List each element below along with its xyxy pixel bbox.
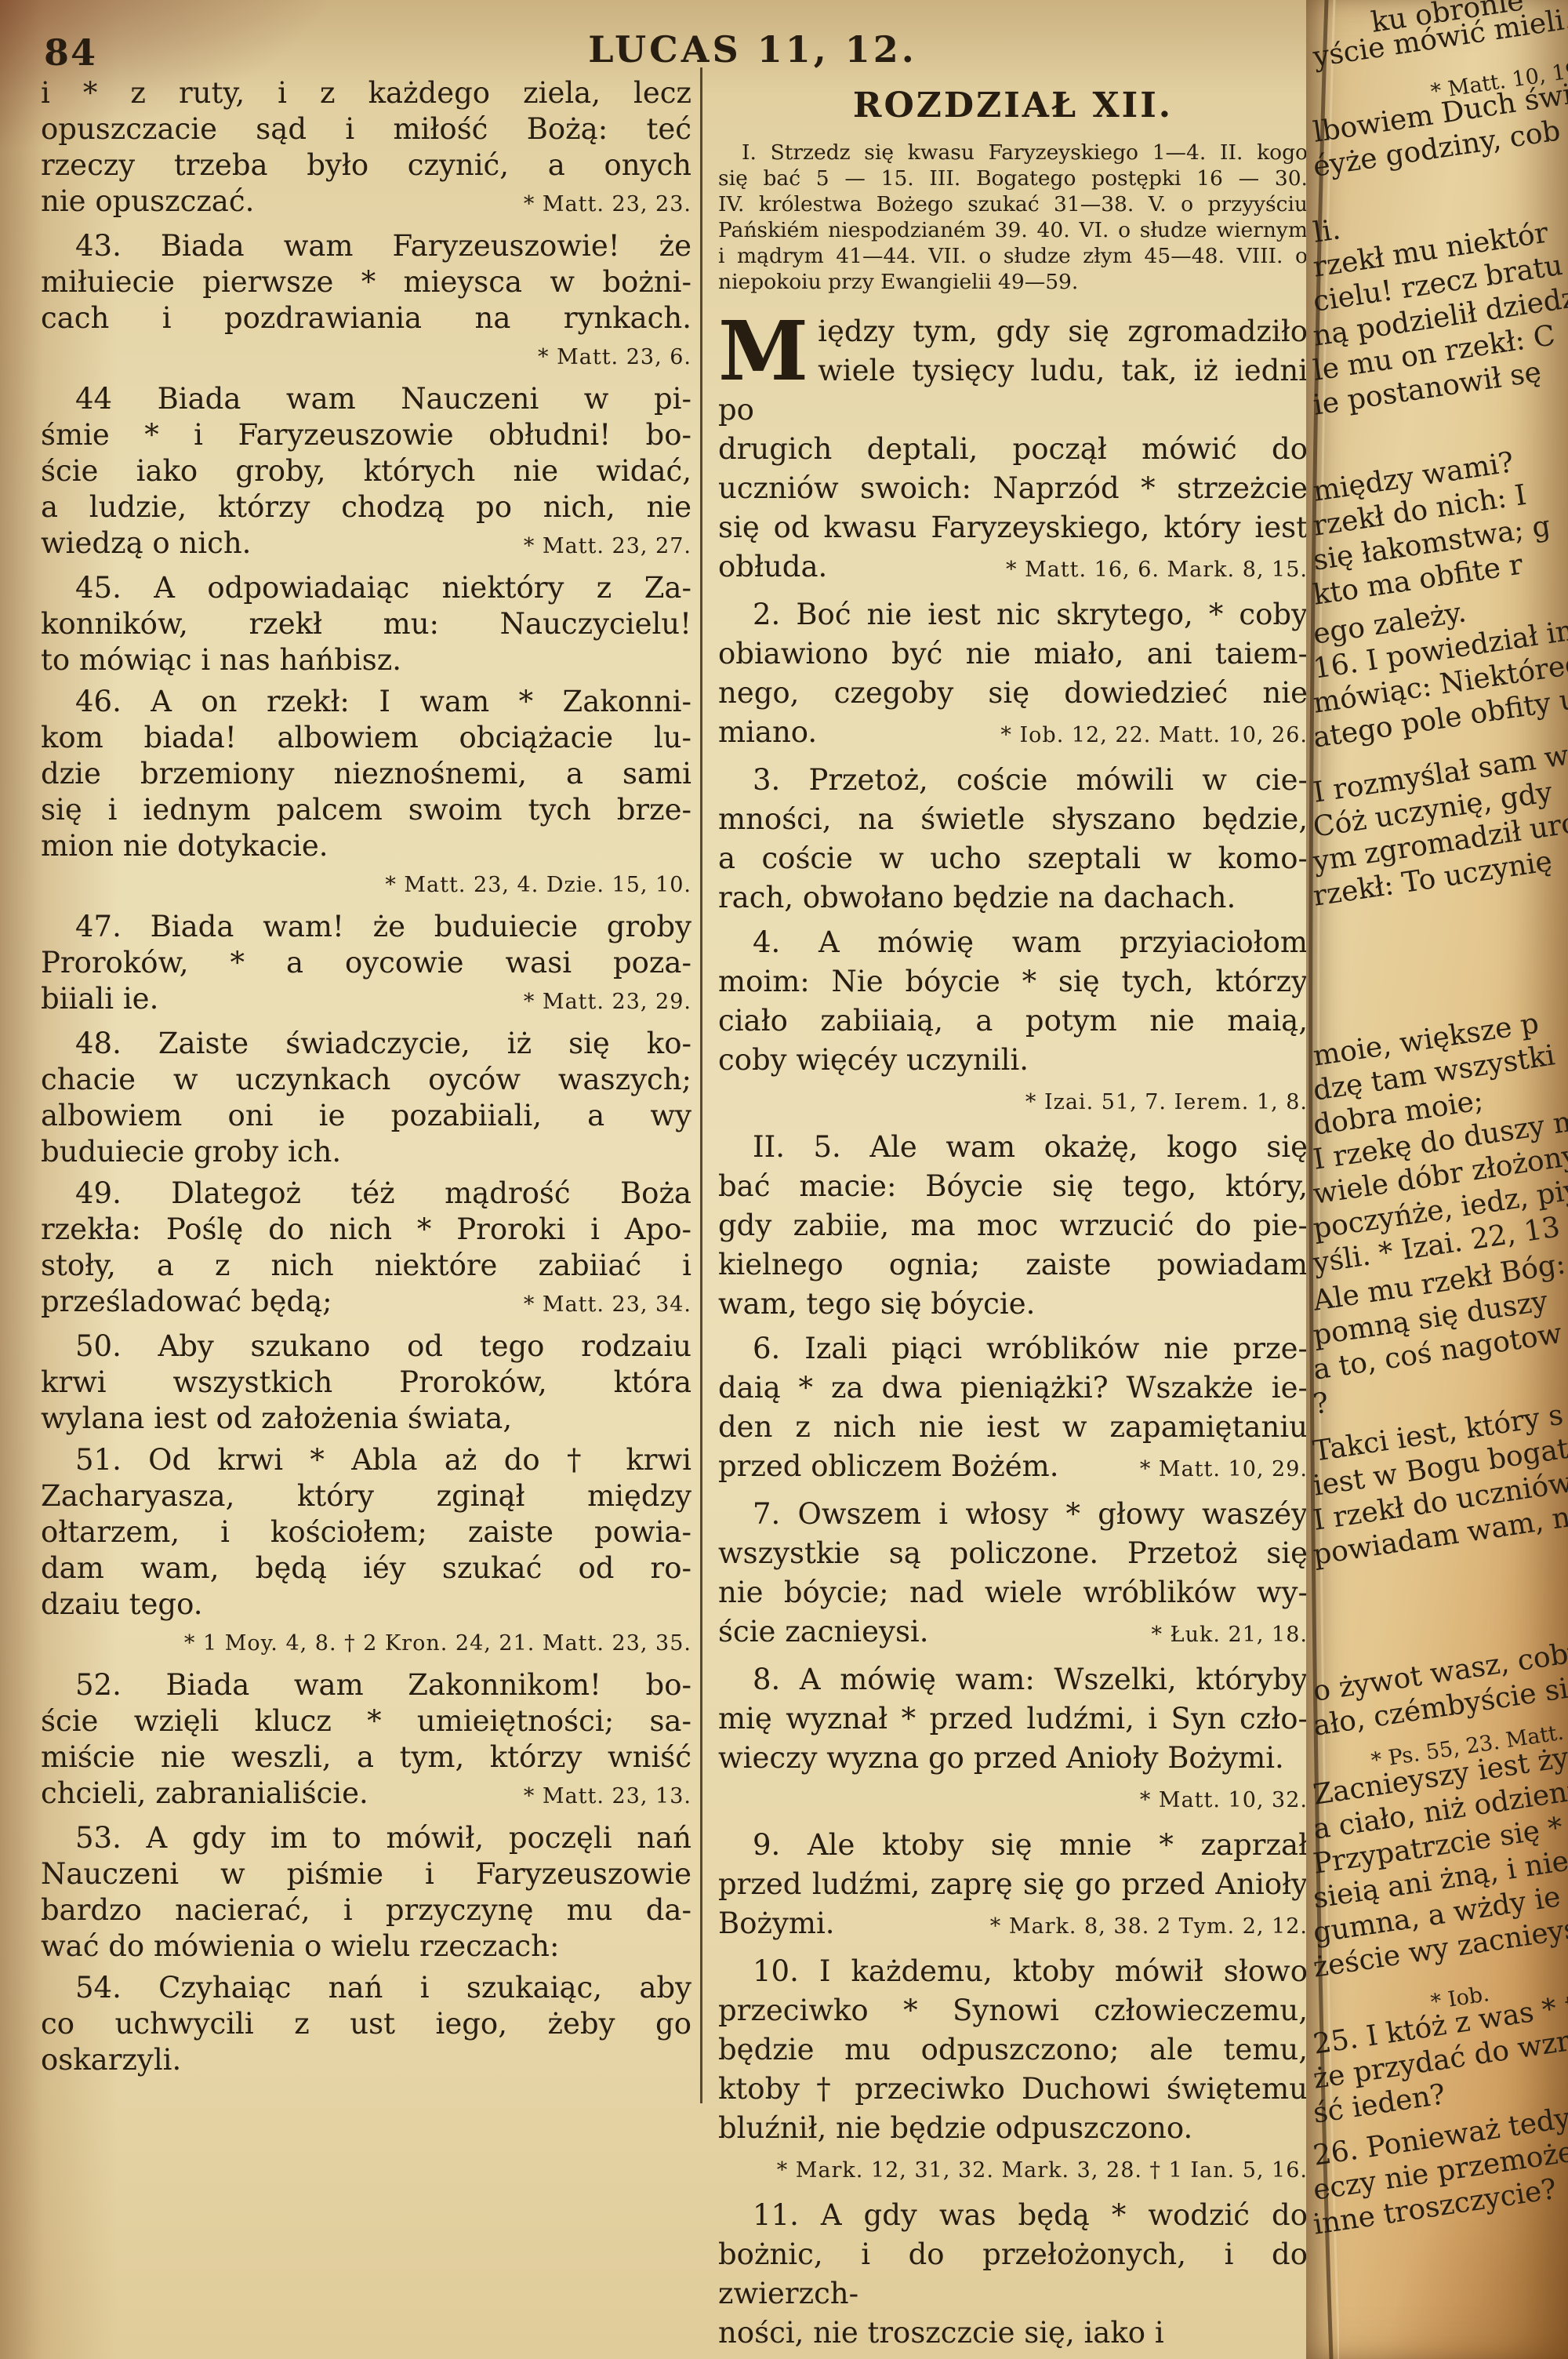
verse-line-text: bluźnił, nie będzie odpuszczono. <box>718 2109 1192 2148</box>
verse-line-text: rach, obwołano będzie na dachach. <box>718 878 1236 918</box>
verse-line: nie bóycie; nad wiele wróblików wy- <box>718 1573 1308 1612</box>
verse-line: biiali ie.* Matt. 23, 29. <box>41 981 691 1020</box>
verse-line-text: mion nie dotykacie. <box>41 828 328 864</box>
cross-reference-line: * 1 Moy. 4, 8. † 2 Kron. 24, 21. Matt. 2… <box>41 1623 691 1662</box>
verse-line: 54. Czyhaiąc nań i szukaiąc, aby <box>41 1970 691 2006</box>
verse-line: miłuiecie pierwsze * mieysca w bożni- <box>41 264 691 300</box>
verse-line-text: chcieli, zabranialiście. <box>41 1776 368 1812</box>
verse-line: ołtarzem, i kościołem; zaiste powia- <box>41 1514 691 1550</box>
summary-line: I. Strzedz się kwasu Faryzeyskiego 1—4. … <box>718 140 1308 165</box>
verse-line: 45. A odpowiadaiąc niektóry z Za- <box>41 570 691 606</box>
verse-line: cach i pozdrawiania na rynkach. <box>41 300 691 336</box>
verse-line: mności, na świetle słyszano będzie, <box>718 800 1308 839</box>
verse-line: krwi wszystkich Proroków, która <box>41 1365 691 1401</box>
verse-line: chcieli, zabranialiście.* Matt. 23, 13. <box>41 1776 691 1815</box>
verse-line: Zacharyasza, który zginął między <box>41 1478 691 1514</box>
left-column: i * z ruty, i z każdego ziela, leczopusz… <box>41 75 691 2084</box>
dropcap-initial: M <box>718 315 808 387</box>
verse-line: wiedzą o nich.* Matt. 23, 27. <box>41 525 691 565</box>
cross-reference: * Łuk. 21, 18. <box>1151 1616 1308 1655</box>
verse-line: wać do mówienia o wielu rzeczach: <box>41 1928 691 1965</box>
verse-line: chacie w uczynkach oyców waszych; <box>41 1062 691 1098</box>
verse-line: Bożymi.* Mark. 8, 38. 2 Tym. 2, 12. <box>718 1904 1308 1946</box>
verse-line: bluźnił, nie będzie odpuszczono. <box>718 2109 1308 2148</box>
adjacent-page-text: ku obronieyście mówić mieli.* Matt. 10, … <box>1314 6 1568 2243</box>
verse-line: 43. Biada wam Faryzeuszowie! że <box>41 228 691 264</box>
verse-line: 9. Ale ktoby się mnie * zaprzał <box>718 1826 1308 1865</box>
verse-line: 44 Biada wam Nauczeni w pi- <box>41 381 691 417</box>
verse-line: dzie brzemiony nieznośnemi, a sami <box>41 756 691 792</box>
verse-line: wylana iest od założenia świata, <box>41 1401 691 1437</box>
verse-line: obiawiono być nie miało, ani taiem- <box>718 634 1308 674</box>
verse-line-text: coby więcéy uczynili. <box>718 1041 1029 1080</box>
verse-line: prześladować będą;* Matt. 23, 34. <box>41 1284 691 1323</box>
cross-reference-line: * Matt. 23, 6. <box>41 336 691 376</box>
verse-line: wieczy wyzna go przed Anioły Bożymi. <box>718 1739 1308 1778</box>
verse-paragraph: 50. Aby szukano od tego rodzaiukrwi wszy… <box>41 1329 691 1437</box>
verse-line: ście iako groby, których nie widać, <box>41 453 691 489</box>
cross-reference-line: * Matt. 10, 32. <box>718 1778 1308 1820</box>
verse-line: 4. A mówię wam przyiaciołom <box>718 923 1308 962</box>
verse-paragraph: 48. Zaiste świadczycie, iż się ko-chacie… <box>41 1026 691 1170</box>
verse-line: ciało zabiiaią, a potym nie maią, <box>718 1001 1308 1041</box>
verse-line: dzaiu tego. <box>41 1587 691 1623</box>
summary-line: i mądrym 41—44. VII. o słudze złym 45—48… <box>718 243 1308 269</box>
verse-line: obłuda.* Matt. 16, 6. Mark. 8, 15. <box>718 547 1308 590</box>
verse-line: drugich deptali, począł mówić do <box>718 430 1308 469</box>
verse-paragraph: 9. Ale ktoby się mnie * zaprzałprzed lud… <box>718 1826 1308 1946</box>
verse-line: den z nich nie iest w zapamiętaniu <box>718 1408 1308 1447</box>
verse-line: 51. Od krwi * Abla aż do † krwi <box>41 1442 691 1478</box>
verse-line: ście wzięli klucz * umieiętności; sa- <box>41 1703 691 1739</box>
verse-line-text: nie opuszczać. <box>41 184 254 220</box>
verse-line: 48. Zaiste świadczycie, iż się ko- <box>41 1026 691 1062</box>
verse-line-text: prześladować będą; <box>41 1284 332 1320</box>
verse-line: Proroków, * a oycowie wasi poza- <box>41 945 691 981</box>
cross-reference: * Izai. 51, 7. Ierem. 1, 8. <box>1025 1090 1308 1114</box>
verse-line: i * z ruty, i z każdego ziela, lecz <box>41 75 691 111</box>
verse-line: rzekła: Poślę do nich * Proroki i Apo- <box>41 1212 691 1248</box>
verse-line: ktoby † przeciwko Duchowi świętemu <box>718 2070 1308 2109</box>
cross-reference: * Iob. 12, 22. Matt. 10, 26. <box>1000 716 1308 755</box>
column-rule <box>700 67 702 2103</box>
verse-line: kom biada! albowiem obciążacie lu- <box>41 720 691 756</box>
verse-line: coby więcéy uczynili. <box>718 1041 1308 1080</box>
verse-paragraph: 54. Czyhaiąc nań i szukaiąc, abyco uchwy… <box>41 1970 691 2078</box>
chapter-summary: I. Strzedz się kwasu Faryzeyskiego 1—4. … <box>718 140 1308 295</box>
verse-paragraph: 6. Izali piąci wróblików nie prze-daią *… <box>718 1329 1308 1489</box>
verse-line: to mówiąc i nas hańbisz. <box>41 642 691 678</box>
verse-line: przed obliczem Bożém.* Matt. 10, 29. <box>718 1447 1308 1489</box>
verse-line: bardzo nacierać, i przyczynę mu da- <box>41 1892 691 1928</box>
verse-line-text: wam, tego się bóycie. <box>718 1285 1035 1324</box>
verse-line: 49. Dlategoż téż mądrość Boża <box>41 1176 691 1212</box>
summary-line: IV. królestwa Bożego szukać 31—38. V. o … <box>718 191 1308 217</box>
adjacent-page-edge: ku obronieyście mówić mieli.* Matt. 10, … <box>1306 0 1568 2359</box>
cross-reference: * Matt. 23, 34. <box>524 1287 691 1323</box>
verse-line: się od kwasu Faryzeyskiego, który iest <box>718 508 1308 547</box>
verse-line: mię wyznał * przed ludźmi, i Syn czło- <box>718 1699 1308 1739</box>
verse-paragraph: 51. Od krwi * Abla aż do † krwiZacharyas… <box>41 1442 691 1662</box>
verse-line: 11. A gdy was będą * wodzić do <box>718 2196 1308 2235</box>
verse-line: konników, rzekł mu: Nauczycielu! <box>41 606 691 642</box>
verse-paragraph: 45. A odpowiadaiąc niektóry z Za-konnikó… <box>41 570 691 678</box>
verse-paragraph: 52. Biada wam Zakonnikom! bo-ście wzięli… <box>41 1667 691 1815</box>
verse-line: daią * za dwa pieniążki? Wszakże ie- <box>718 1369 1308 1408</box>
cross-reference: * Matt. 23, 27. <box>524 529 691 565</box>
cross-reference-line: * Izai. 51, 7. Ierem. 1, 8. <box>718 1080 1308 1122</box>
verse-line: II. 5. Ale wam okażę, kogo się <box>718 1128 1308 1167</box>
verse-line: 7. Owszem i włosy * głowy waszéy <box>718 1495 1308 1534</box>
cross-reference: * Matt. 23, 29. <box>524 984 691 1020</box>
verse-line: bać macie: Bóycie się tego, który, <box>718 1167 1308 1206</box>
verse-paragraph: II. 5. Ale wam okażę, kogo siębać macie:… <box>718 1128 1308 1324</box>
verse-paragraph: 47. Biada wam! że buduiecie grobyProrokó… <box>41 909 691 1020</box>
verse-line-text: miano. <box>718 713 817 752</box>
verse-line-text: buduiecie groby ich. <box>41 1134 341 1170</box>
verse-line: nego, czegoby się dowiedzieć nie <box>718 674 1308 713</box>
cross-reference-line: * Mark. 12, 31, 32. Mark. 3, 28. † 1 Ian… <box>718 2148 1308 2190</box>
verse-paragraph: 3. Przetoż, coście mówili w cie-mności, … <box>718 761 1308 918</box>
verse-line: 2. Boć nie iest nic skrytego, * coby <box>718 595 1308 634</box>
cross-reference: * Matt. 16, 6. Mark. 8, 15. <box>1006 551 1308 590</box>
verse-line: ności, nie troszczcie się, iako i <box>718 2314 1308 2353</box>
verse-line: 53. A gdy im to mówił, poczęli nań <box>41 1820 691 1856</box>
verse-line: 3. Przetoż, coście mówili w cie- <box>718 761 1308 800</box>
verse-line: 47. Biada wam! że buduiecie groby <box>41 909 691 945</box>
page-number: 84 <box>44 31 97 74</box>
verse-line: a ludzie, którzy chodzą po nich, nie <box>41 489 691 525</box>
verse-line: Nauczeni w piśmie i Faryzeuszowie <box>41 1856 691 1892</box>
verse-line: będzie mu odpuszczono; ale temu, <box>718 2030 1308 2070</box>
cross-reference: * Mark. 12, 31, 32. Mark. 3, 28. † 1 Ian… <box>777 2158 1308 2183</box>
verse-line: śmie * i Faryzeuszowie obłudni! bo- <box>41 417 691 453</box>
middle-column: ROZDZIAŁ XII. I. Strzedz się kwasu Faryz… <box>718 82 1308 2358</box>
cross-reference: * Matt. 23, 4. Dzie. 15, 10. <box>385 873 691 897</box>
cross-reference: * Matt. 10, 29. <box>1140 1450 1308 1489</box>
verse-line-text: przed obliczem Bożém. <box>718 1447 1059 1486</box>
verse-line: uczniów swoich: Naprzód * strzeżcie <box>718 469 1308 508</box>
cross-reference: * Matt. 10, 32. <box>1140 1788 1308 1812</box>
verse-line: 10. I każdemu, ktoby mówił słowo <box>718 1952 1308 1991</box>
verse-paragraph: 10. I każdemu, ktoby mówił słowoprzeciwk… <box>718 1952 1308 2190</box>
cross-reference: * Matt. 23, 13. <box>524 1779 691 1815</box>
verse-paragraph: 49. Dlategoż téż mądrość Bożarzekła: Poś… <box>41 1176 691 1323</box>
cross-reference-line: * Matt. 23, 4. Dzie. 15, 10. <box>41 864 691 903</box>
verse-paragraph: 4. A mówię wam przyiaciołommoim: Nie bóy… <box>718 923 1308 1122</box>
verse-line: gdy zabiie, ma moc wrzucić do pie- <box>718 1206 1308 1245</box>
verse-line-text: biiali ie. <box>41 981 158 1017</box>
cross-reference: * Mark. 8, 38. 2 Tym. 2, 12. <box>990 1907 1308 1946</box>
verse-line-text: dzaiu tego. <box>41 1587 203 1623</box>
verse-line: 50. Aby szukano od tego rodzaiu <box>41 1329 691 1365</box>
verse-line-text: wać do mówienia o wielu rzeczach: <box>41 1928 559 1965</box>
cross-reference: * Matt. 23, 23. <box>524 187 691 223</box>
summary-line: Pańskiém niespodzianém 39. 40. VI. o słu… <box>718 217 1308 243</box>
scanned-bible-page: 84 LUCAS 11, 12. i * z ruty, i z każdego… <box>0 0 1568 2359</box>
verse-line: stoły, a z nich niektóre zabiiać i <box>41 1248 691 1284</box>
verse-line-text: wylana iest od założenia świata, <box>41 1401 512 1437</box>
verse-line: albowiem oni ie pozabiiali, a wy <box>41 1098 691 1134</box>
middle-column-verses: Między tym, gdy się zgromadziłowiele tys… <box>718 312 1308 2353</box>
verse-paragraph: 43. Biada wam Faryzeuszowie! żemiłuiecie… <box>41 228 691 376</box>
verse-line: miano.* Iob. 12, 22. Matt. 10, 26. <box>718 713 1308 755</box>
verse-line: przeciwko * Synowi człowieczemu, <box>718 1991 1308 2030</box>
verse-paragraph: 53. A gdy im to mówił, poczęli nańNaucze… <box>41 1820 691 1965</box>
verse-line: 6. Izali piąci wróblików nie prze- <box>718 1329 1308 1369</box>
verse-line: 52. Biada wam Zakonnikom! bo- <box>41 1667 691 1703</box>
verse-line-text: Bożymi. <box>718 1904 835 1943</box>
verse-paragraph: i * z ruty, i z każdego ziela, leczopusz… <box>41 75 691 223</box>
verse-line: mion nie dotykacie. <box>41 828 691 864</box>
verse-line: a coście w ucho szeptali w komo- <box>718 839 1308 878</box>
verse-line: buduiecie groby ich. <box>41 1134 691 1170</box>
verse-line: nie opuszczać.* Matt. 23, 23. <box>41 184 691 223</box>
verse-line: rach, obwołano będzie na dachach. <box>718 878 1308 918</box>
verse-line-text: ności, nie troszczcie się, iako i <box>718 2314 1164 2353</box>
verse-line: co uchwycili z ust iego, żeby go <box>41 2006 691 2042</box>
summary-line: się bać 5 — 15. III. Bogatego postępki 1… <box>718 165 1308 191</box>
verse-line: 46. A on rzekł: I wam * Zakonni- <box>41 684 691 720</box>
verse-paragraph: 7. Owszem i włosy * głowy waszéywszystki… <box>718 1495 1308 1655</box>
verse-paragraph: 11. A gdy was będą * wodzić dobożnic, i … <box>718 2196 1308 2353</box>
verse-paragraph: 44 Biada wam Nauczeni w pi-śmie * i Fary… <box>41 381 691 565</box>
verse-line: przed ludźmi, zaprę się go przed Anioły <box>718 1865 1308 1904</box>
verse-line-text: obłuda. <box>718 547 827 587</box>
verse-line-text: wieczy wyzna go przed Anioły Bożymi. <box>718 1739 1284 1778</box>
verse-line: ście zacnieysi.* Łuk. 21, 18. <box>718 1612 1308 1655</box>
verse-paragraph: Między tym, gdy się zgromadziłowiele tys… <box>718 312 1308 590</box>
cross-reference: * 1 Moy. 4, 8. † 2 Kron. 24, 21. Matt. 2… <box>184 1631 691 1656</box>
verse-line-text: wiedzą o nich. <box>41 525 251 562</box>
verse-line: się i iednym palcem swoim tych brze- <box>41 792 691 828</box>
verse-line: kielnego ognia; zaiste powiadam <box>718 1245 1308 1285</box>
verse-line-text: ście zacnieysi. <box>718 1612 929 1652</box>
verse-line-text: to mówiąc i nas hańbisz. <box>41 642 401 678</box>
verse-line: dam wam, będą iéy szukać od ro- <box>41 1550 691 1587</box>
verse-line: 8. A mówię wam: Wszelki, któryby <box>718 1660 1308 1699</box>
cross-reference: * Matt. 23, 6. <box>538 345 691 369</box>
verse-line: opuszczacie sąd i miłość Bożą: teć <box>41 111 691 147</box>
verse-line: wam, tego się bóycie. <box>718 1285 1308 1324</box>
verse-paragraph: 2. Boć nie iest nic skrytego, * cobyobia… <box>718 595 1308 755</box>
verse-line: rzeczy trzeba było czynić, a onych <box>41 147 691 184</box>
verse-paragraph: 8. A mówię wam: Wszelki, którybymię wyzn… <box>718 1660 1308 1820</box>
verse-line: wszystkie są policzone. Przetoż się <box>718 1534 1308 1573</box>
chapter-heading: ROZDZIAŁ XII. <box>718 86 1308 125</box>
verse-line: bożnic, i do przełożonych, i do zwierzch… <box>718 2235 1308 2314</box>
verse-line: oskarzyli. <box>41 2042 691 2078</box>
verse-line: moim: Nie bóycie * się tych, którzy <box>718 962 1308 1001</box>
verse-line-text: oskarzyli. <box>41 2042 181 2078</box>
verse-paragraph: 46. A on rzekł: I wam * Zakonni-kom biad… <box>41 684 691 903</box>
verse-line: miście nie weszli, a tym, którzy wniść <box>41 1739 691 1776</box>
summary-line: niepokoiu przy Ewangielii 49—59. <box>718 269 1308 295</box>
running-title: LUCAS 11, 12. <box>502 28 1004 71</box>
